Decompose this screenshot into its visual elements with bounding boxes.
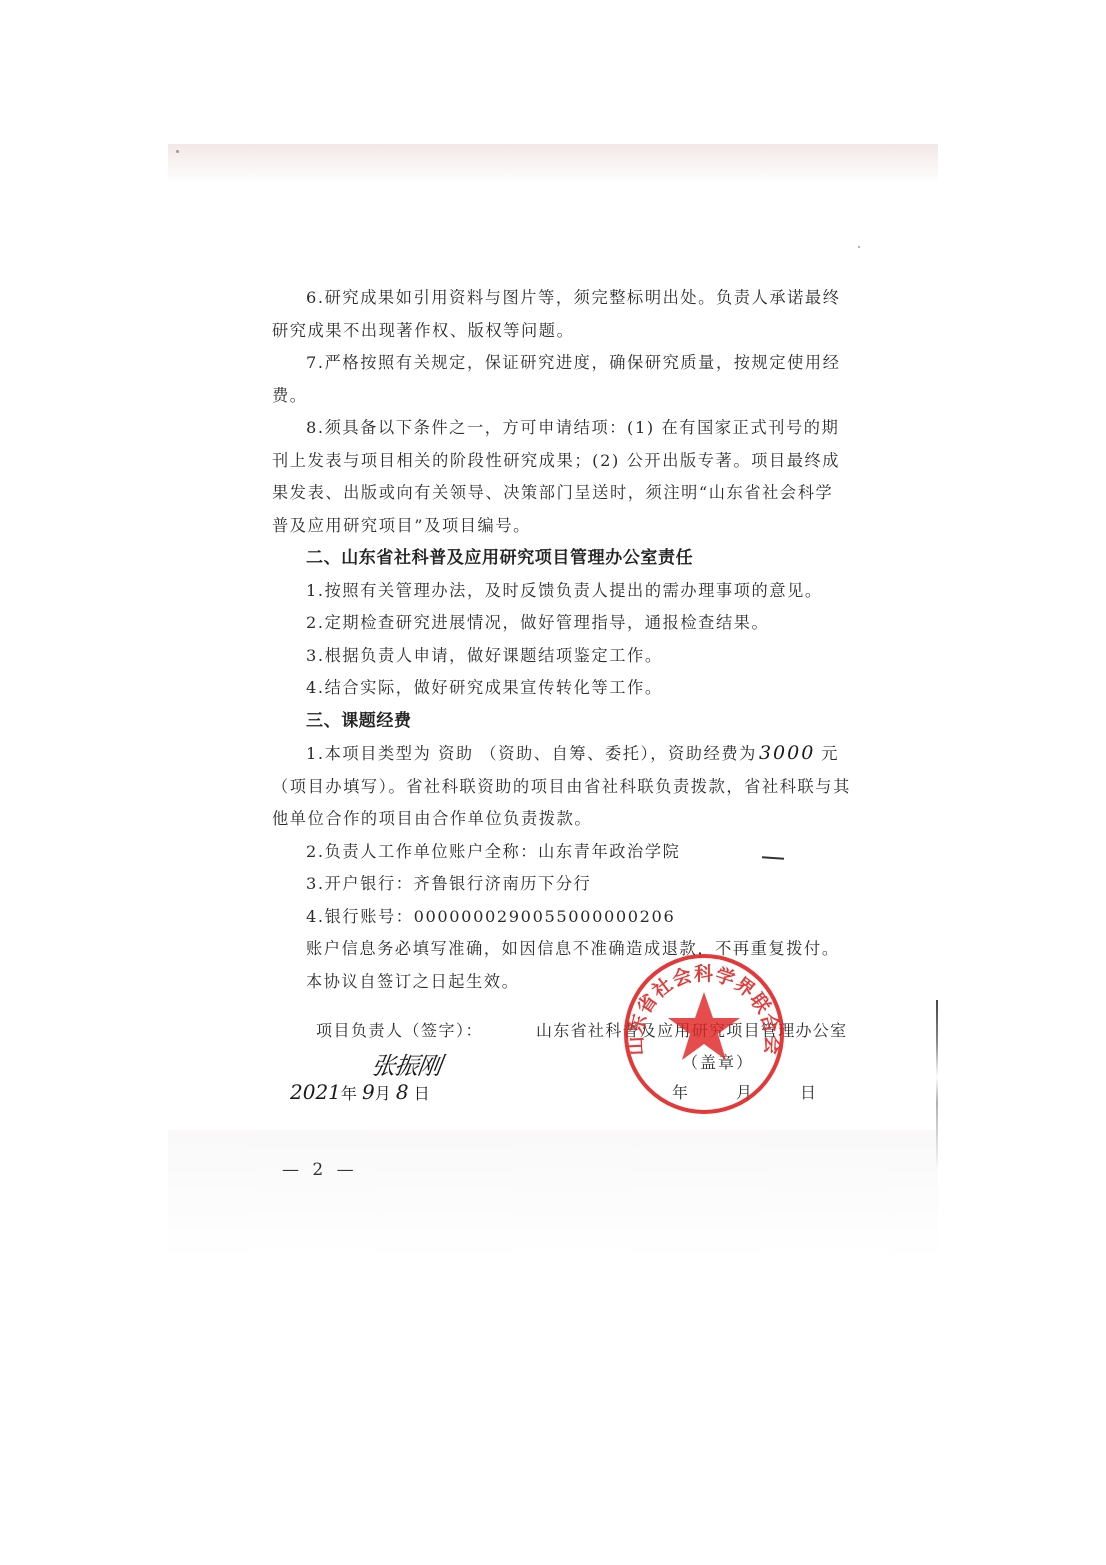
section-2-item-1: 1.按照有关管理办法，及时反馈负责人提出的需办理事项的意见。: [272, 575, 862, 608]
account-name: 2.负责人工作单位账户全称：山东青年政治学院: [272, 836, 862, 869]
clause-7-line-2: 费。: [272, 380, 862, 413]
clause-8-line-4: 普及应用研究项目”及项目编号。: [272, 510, 862, 543]
clause-8-line-3: 果发表、出版或向有关领导、决策部门呈送时，须注明“山东省社会科学: [272, 477, 862, 510]
handwritten-signature: 张振刚: [370, 1046, 444, 1081]
month-char: 月: [375, 1084, 391, 1103]
handwritten-amount: 3000: [759, 742, 815, 764]
clause-8-line-2: 刊上发表与项目相关的阶段性研究成果；(2) 公开出版专著。项目最终成: [272, 445, 862, 478]
scan-shadow: [168, 144, 938, 184]
official-seal-stamp: 山东省社会科学界联合会: [622, 952, 786, 1116]
funding-type-text: 1.本项目类型为 资助 （资助、自筹、委托），资助经费为: [306, 744, 757, 763]
signer-label: 项目负责人（签字）：: [316, 1018, 483, 1041]
section-2-heading: 二、山东省社科普及应用研究项目管理办公室责任: [272, 542, 862, 575]
section-2-item-2: 2.定期检查研究进展情况，做好管理指导，通报检查结果。: [272, 607, 862, 640]
signer-date: 2021年 9月 8 日: [290, 1080, 430, 1104]
agreement-body: 6.研究成果如引用资料与图片等，须完整标明出处。负责人承诺最终 研究成果不出现著…: [272, 282, 862, 998]
office-date-day: 日: [800, 1080, 816, 1103]
page-number: — 2 —: [282, 1160, 358, 1180]
bank-name: 3.开户银行：齐鲁银行济南历下分行: [272, 868, 862, 901]
year-char: 年: [341, 1084, 357, 1103]
bank-account-number: 4.银行账号：0000000290055000000206: [272, 901, 862, 934]
section-2-item-3: 3.根据负责人申请，做好课题结项鉴定工作。: [272, 640, 862, 673]
day-char: 日: [414, 1084, 430, 1103]
scan-speck: [858, 246, 860, 248]
signer-date-day: 8: [396, 1080, 409, 1104]
scan-shadow-bottom: [168, 1130, 938, 1260]
signer-date-month: 9: [362, 1080, 375, 1104]
clause-6-line-2: 研究成果不出现著作权、版权等问题。: [272, 315, 862, 348]
star-icon: [668, 992, 740, 1060]
signature-block: 项目负责人（签字）： 张振刚 2021年 9月 8 日 山东省社科普及应用研究项…: [0, 1012, 1106, 1122]
clause-6-line-1: 6.研究成果如引用资料与图片等，须完整标明出处。负责人承诺最终: [272, 282, 862, 315]
section-2-item-4: 4.结合实际，做好研究成果宣传转化等工作。: [272, 672, 862, 705]
clause-7-line-1: 7.严格按照有关规定，保证研究进度，确保研究质量，按规定使用经: [272, 347, 862, 380]
section-3-item-1-line-2: （项目办填写）。省社科联资助的项目由省社科联负责拨款，省社科联与其: [272, 771, 862, 804]
section-3-item-1-line-3: 他单位合作的项目由合作单位负责拨款。: [272, 803, 862, 836]
clause-8-line-1: 8.须具备以下条件之一，方可申请结项：(1) 在有国家正式刊号的期: [272, 412, 862, 445]
currency-unit: 元: [821, 744, 839, 763]
section-3-heading: 三、课题经费: [272, 705, 862, 738]
section-3-item-1-line-1: 1.本项目类型为 资助 （资助、自筹、委托），资助经费为3000元: [272, 737, 862, 771]
scan-speck: [176, 150, 179, 153]
signer-date-year: 2021: [290, 1080, 341, 1104]
